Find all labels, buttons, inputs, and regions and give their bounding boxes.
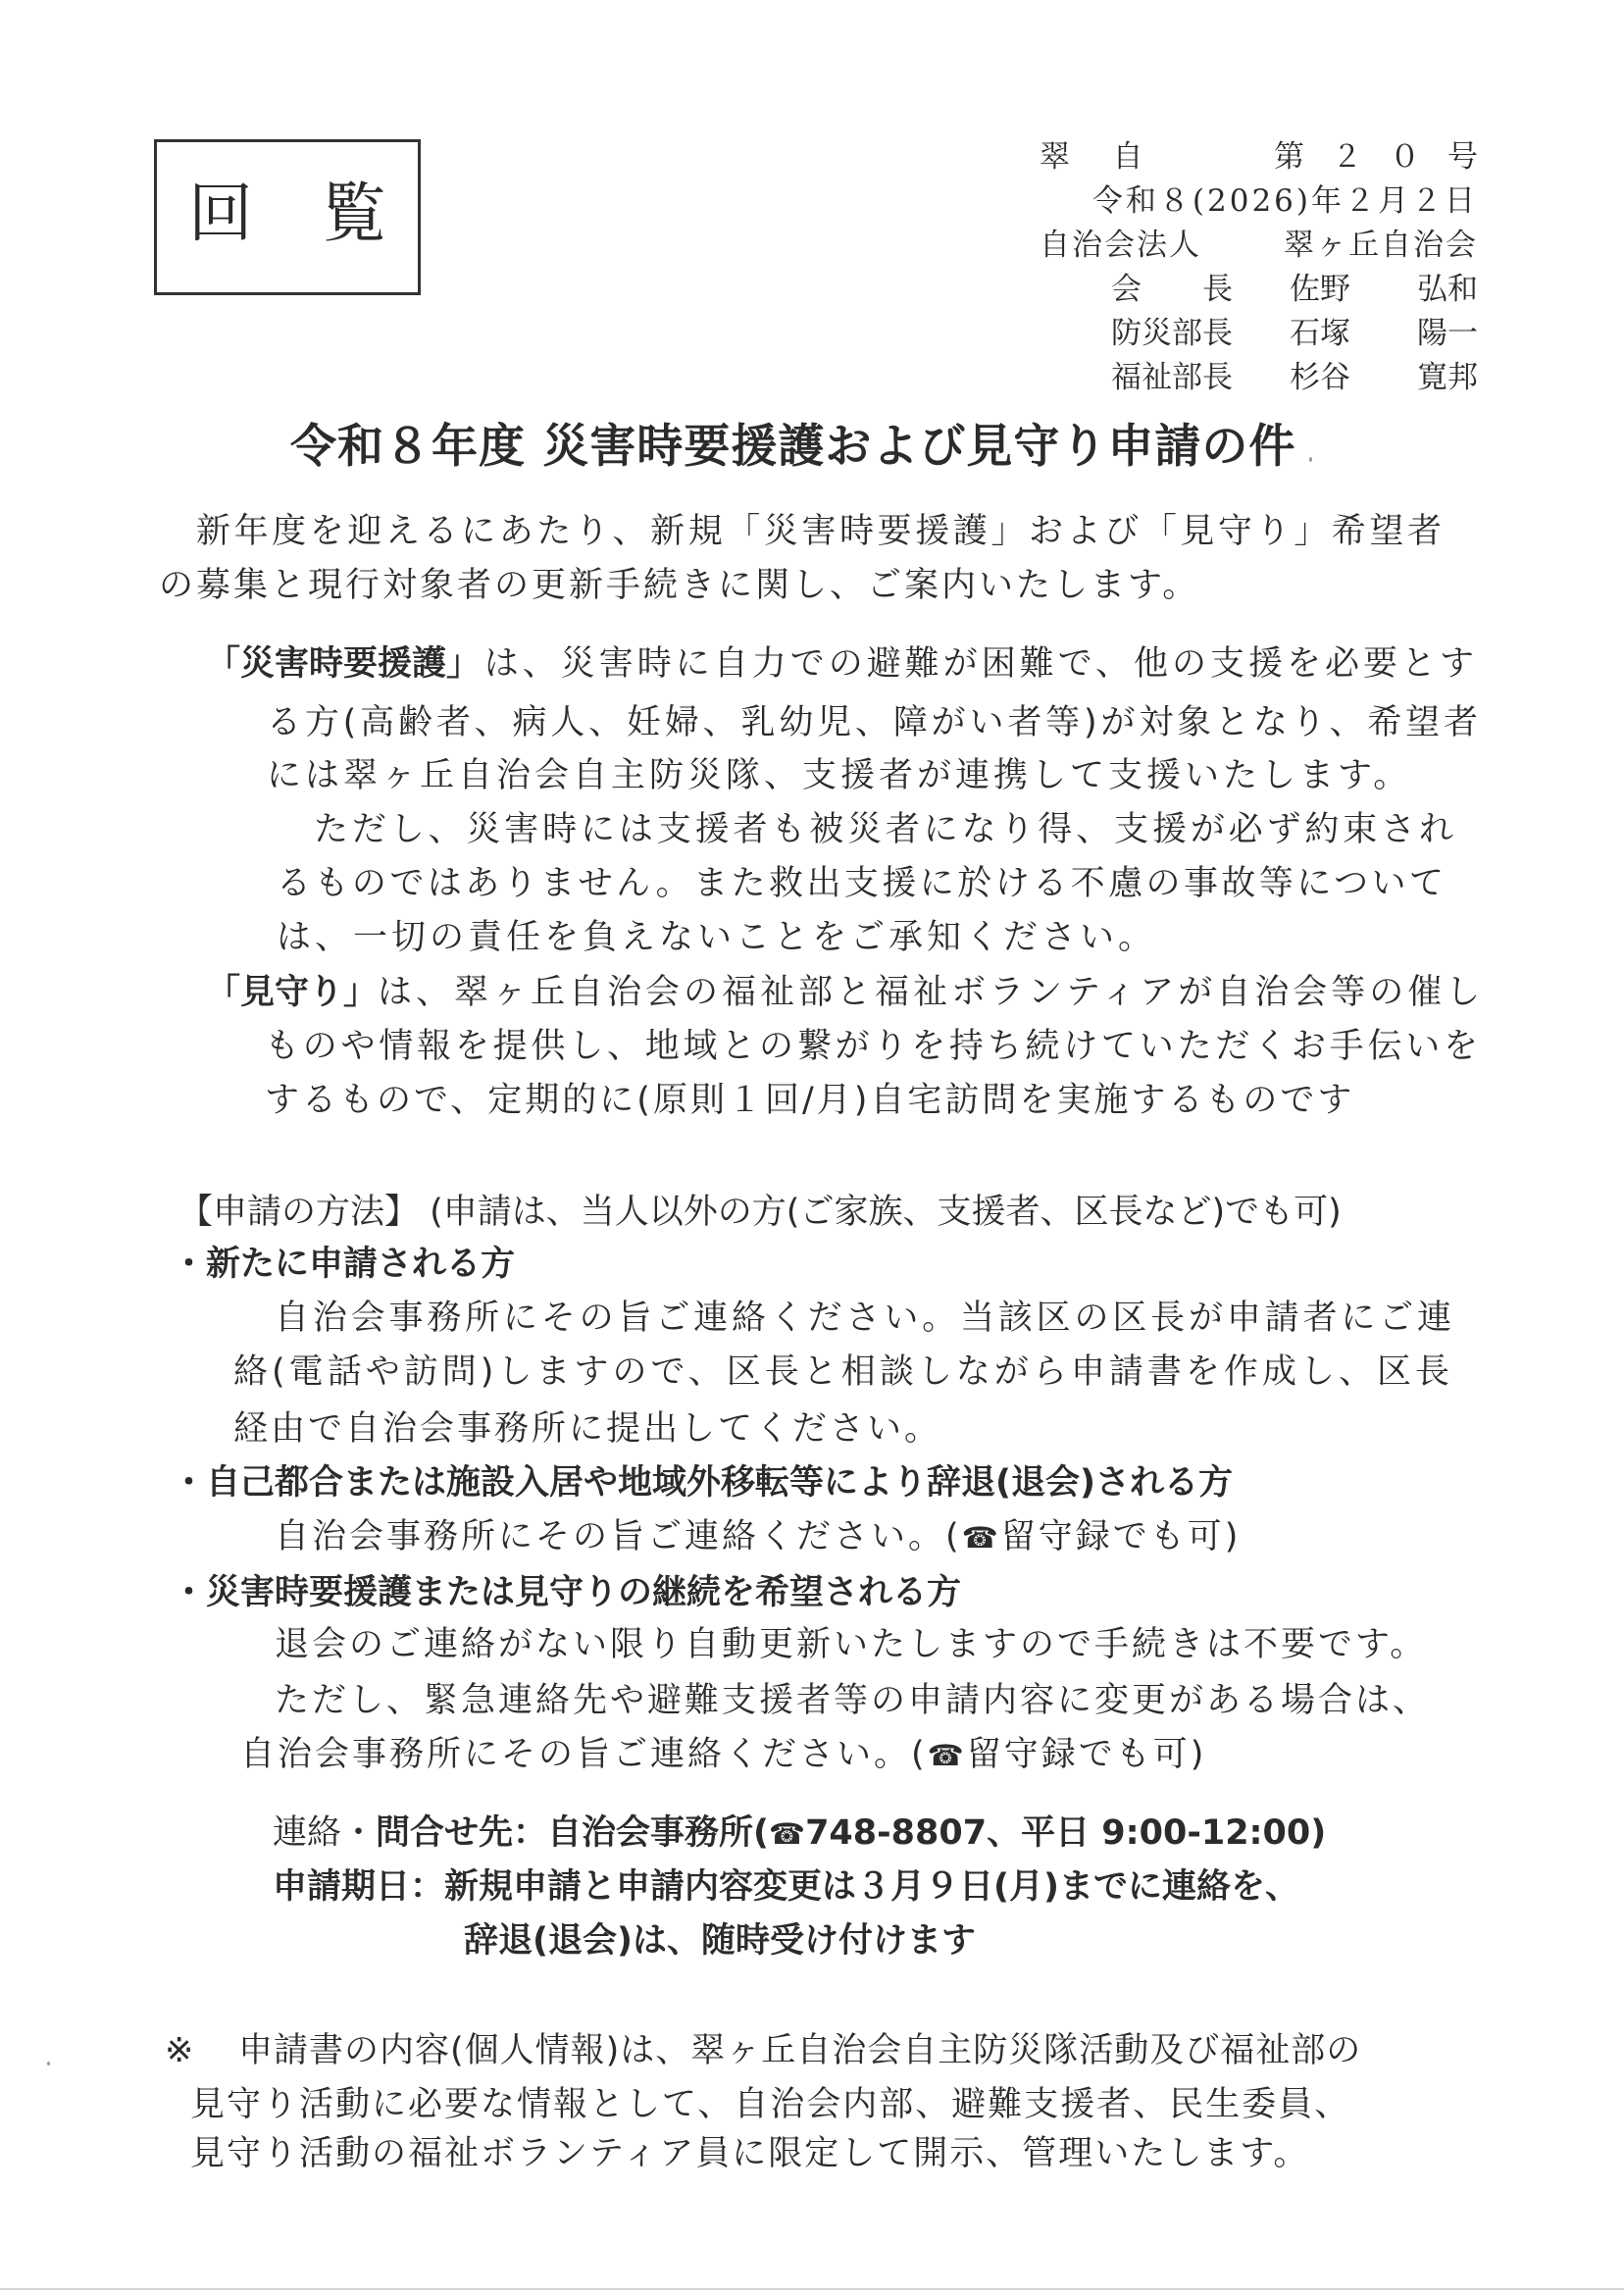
watch-term: 「見守り」 — [206, 976, 378, 1010]
support-line-1: は、災害時に自力での避難が困難で、他の支援を必要とす — [484, 647, 1478, 682]
telephone-icon: ☎ — [962, 1521, 1001, 1555]
support-line-4: ただし、災害時には支援者も被災者になり得、支援が必ず約束され — [314, 813, 1453, 847]
deadline-line-1: 申請期日：新規申請と申請内容変更は３月９日(月)までに連絡を、 — [273, 1870, 1299, 1905]
telephone-icon: ☎ — [928, 1739, 967, 1773]
contact-label: 連絡・ — [273, 1813, 376, 1853]
item-continue-line-1: 退会のご連絡がない限り自動更新いたしますので手続きは不要です。 — [275, 1628, 1427, 1662]
footnote-mark: ※ — [165, 2034, 193, 2068]
item-new-line-2: 絡(電話や訪問)しますので、区長と相談しながら申請書を作成し、区長 — [233, 1355, 1449, 1390]
watch-section-first-line: 「見守り」 は、翠ヶ丘自治会の福祉部と福祉ボランティアが自治会等の催し — [206, 976, 1478, 1010]
item-withdraw-line-1: 自治会事務所にその旨ご連絡ください。(☎留守録でも可) — [275, 1520, 1241, 1555]
footnote-line-3: 見守り活動の福祉ボランティア員に限定して開示、管理いたします。 — [190, 2137, 1309, 2171]
item-continue-line-2: ただし、緊急連絡先や避難支援者等の申請内容に変更がある場合は、 — [275, 1684, 1430, 1718]
stamp-char-2: 覧 — [322, 181, 386, 246]
signatory-president: 会 長 佐野 弘和 — [1111, 275, 1478, 305]
circulation-stamp: 回 覧 — [154, 139, 421, 295]
footnote-line-2: 見守り活動に必要な情報として、自治会内部、避難支援者、民生委員、 — [190, 2088, 1350, 2122]
application-heading: 【申請の方法】 — [178, 1193, 419, 1232]
support-line-3: には翠ヶ丘自治会自主防災隊、支援者が連携して支援いたします。 — [267, 759, 1411, 793]
item-new-line-1: 自治会事務所にその旨ご連絡ください。当該区の区長が申請者にご連 — [275, 1301, 1451, 1336]
document-number: 翠 自 第 ２ ０ 号 — [1040, 142, 1478, 173]
scan-edge-line — [0, 2288, 1624, 2290]
watch-line-3: するもので、定期的に(原則１回/月)自宅訪問を実施するものです — [265, 1084, 1354, 1118]
page-title: 令和８年度 災害時要援護および見守り申請の件 — [290, 424, 1295, 470]
organization-name: 自治会法人 翠ヶ丘自治会 — [1040, 230, 1478, 261]
support-line-5: るものではありません。また救出支援に於ける不慮の事故等について — [277, 867, 1444, 901]
support-line-6: は、一切の責任を負えないことをご承知ください。 — [277, 921, 1156, 955]
contact-hours: 、平日 9:00-12:00) — [987, 1813, 1326, 1853]
support-term: 「災害時要援護」 — [206, 647, 481, 682]
support-section-first-line: 「災害時要援護」 は、災害時に自力での避難が困難で、他の支援を必要とす — [206, 647, 1478, 682]
stamp-char-1: 回 — [188, 181, 253, 246]
application-heading-line: 【申請の方法】 (申請は、当人以外の方(ご家族、支援者、区長など)でも可) — [178, 1196, 1342, 1230]
item-continue-label: ・災害時要援護または見守りの継続を希望される方 — [172, 1576, 961, 1610]
deadline-label: 申請期日： — [273, 1867, 444, 1907]
signatory-welfare-head: 福祉部長 杉谷 寛邦 — [1111, 363, 1478, 393]
item-new-label: ・新たに申請される方 — [172, 1248, 515, 1282]
application-heading-note: (申請は、当人以外の方(ご家族、支援者、区長など)でも可) — [430, 1193, 1342, 1232]
watch-line-2: ものや情報を提供し、地域との繋がりを持ち続けていただくお手伝いを — [265, 1030, 1478, 1064]
item-withdraw-label: ・自己都合または施設入居や地域外移転等により辞退(退会)される方 — [172, 1466, 1233, 1501]
footnote-line-1: 申請書の内容(個人情報)は、翠ヶ丘自治会自主防災隊活動及び福祉部の — [238, 2034, 1361, 2068]
scan-speck — [47, 2062, 50, 2065]
support-line-2: る方(高齢者、病人、妊婦、乳幼児、障がい者等)が対象となり、希望者 — [267, 706, 1478, 740]
intro-line-1: 新年度を迎えるにあたり、新規「災害時要援護」および「見守り」希望者 — [196, 515, 1442, 549]
deadline-line-2: 辞退(退会)は、随時受け付けます — [464, 1924, 976, 1959]
contact-line: 連絡・問合せ先：自治会事務所(☎748-8807、平日 9:00-12:00) — [273, 1816, 1326, 1851]
signatory-disaster-head: 防災部長 石塚 陽一 — [1111, 319, 1478, 349]
deadline-text-1: 新規申請と申請内容変更は３月９日(月)までに連絡を、 — [444, 1867, 1299, 1907]
item-new-line-3: 経由で自治会事務所に提出してください。 — [233, 1412, 941, 1447]
intro-line-2: の募集と現行対象者の更新手続きに関し、ご案内いたします。 — [159, 569, 1199, 603]
telephone-icon: ☎ — [769, 1817, 805, 1852]
issue-date: 令和８(2026)年２月２日 — [1040, 186, 1478, 217]
scan-speck — [1309, 457, 1312, 462]
contact-phone: 748-8807 — [805, 1813, 987, 1853]
item-continue-line-3: 自治会事務所にその旨ご連絡ください。(☎留守録でも可) — [240, 1738, 1206, 1772]
watch-line-1: は、翠ヶ丘自治会の福祉部と福祉ボランティアが自治会等の催し — [378, 976, 1484, 1010]
